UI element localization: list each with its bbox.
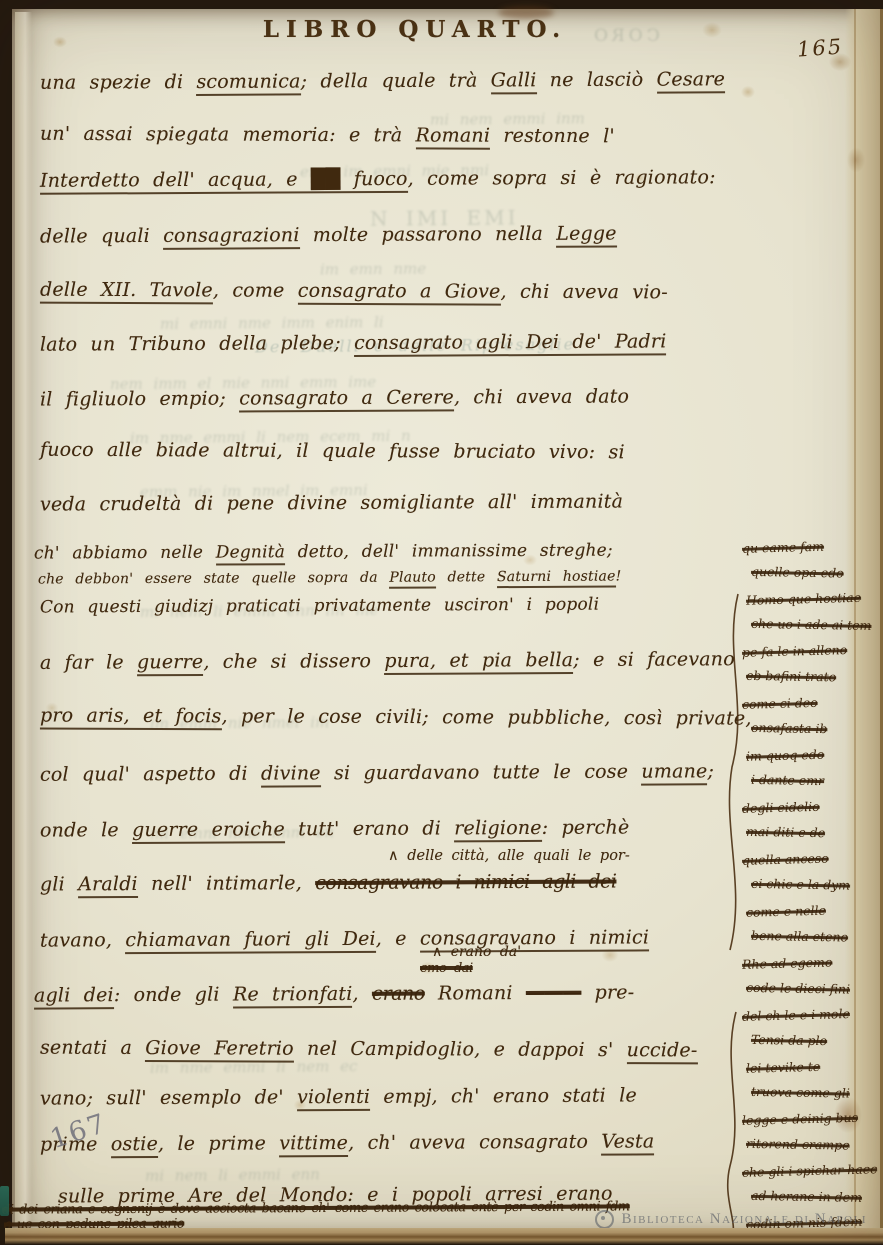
margin-scribble-line: truova come gli (751, 1085, 882, 1101)
bleedthrough-line: mi emni nme imm enim li (160, 313, 384, 333)
margin-scribble-line: come ci deo (742, 694, 882, 712)
manuscript-line: lato un Tribuno della plebe; consagrato … (40, 330, 667, 355)
manuscript-line: fuoco alle biade altrui, il quale fusse … (40, 439, 625, 464)
margin-scribble-line: lei tevike te (746, 1058, 882, 1076)
margin-scribbles: qu eame famquelle opa edoHomo que hostia… (742, 540, 882, 1242)
margin-scribble-line: ad herane in dem (751, 1189, 882, 1205)
margin-scribble-line: del ch le e i mole (742, 1006, 882, 1024)
interlinear-insertion: ∧ delle città, alle quali le por- (388, 848, 630, 864)
margin-scribble-line: qu eame fam (742, 538, 882, 556)
margin-scribble-line: mai diti e de (746, 825, 882, 841)
manuscript-line: veda crudeltà di pene divine somigliante… (40, 490, 623, 515)
library-watermark-label: Biblioteca Nazionale di Napoli (621, 1211, 867, 1228)
page-number: 165 (796, 34, 844, 61)
library-logo-icon (595, 1210, 614, 1229)
margin-scribble-line: pe fa le in alleno (742, 642, 882, 660)
margin-scribble-line: eb bafini trato (746, 669, 882, 685)
manuscript-line: col qual' aspetto di divine si guardavan… (40, 760, 714, 786)
page-title: LIBRO QUARTO. (0, 16, 830, 43)
interlinear-insertion: ∧ erano da' (432, 944, 521, 960)
margin-scribble-line: i dante emr (751, 773, 882, 789)
margin-scribble-line: degli eidelio (742, 798, 882, 816)
manuscript-line: delle XII. Tavole, come consagrato a Gio… (40, 279, 668, 304)
manuscript-photo: COROmi nem emmi inmenm im emni mie nmiN … (0, 0, 883, 1245)
manuscript-line: un' assai spiegata memoria: e trà Romani… (40, 123, 615, 148)
bleedthrough-line: mi nem li emmi enn (145, 1165, 320, 1185)
manuscript-line: gli Araldi nell' intimarle, consagravano… (40, 870, 617, 895)
margin-scribble-line: im quoq edo (746, 746, 882, 764)
binding-gutter (15, 12, 32, 1225)
manuscript-line: onde le guerre eroiche tutt' erano di re… (40, 816, 629, 841)
margin-scribble-line: code le dieci fini (746, 981, 882, 997)
manuscript-line: tavano, chiamavan fuori gli Dei, e consa… (40, 926, 649, 951)
manuscript-line: pro aris, et focis, per le cose civili; … (40, 704, 752, 729)
margin-scribble-line: onsafasta ib (751, 721, 882, 737)
margin-scribble-line: come e nelle (746, 902, 882, 920)
green-ink-mark (0, 1186, 9, 1216)
margin-scribble-line: Rhe ad egemo (742, 954, 882, 972)
manuscript-line: una spezie di scomunica; della quale trà… (40, 68, 725, 94)
manuscript-line: che debbon' essere state quelle sopra da… (38, 568, 621, 587)
bleedthrough-line: im emn nme (320, 260, 426, 279)
margin-scribble-line: Tensi da plo (751, 1033, 882, 1049)
margin-scribble-line: che uo i ade ai tem (751, 617, 882, 633)
margin-scribble-line: bene alla eteno (751, 929, 882, 945)
margin-scribble-line: legge e deinig bus (742, 1110, 882, 1128)
margin-scribble-line: ei chic e la dym (751, 877, 882, 893)
manuscript-line: a far le guerre, che si dissero pura, et… (40, 648, 735, 674)
manuscript-line: ch' abbiamo nelle Degnità detto, dell' i… (34, 540, 613, 563)
manuscript-line: sentati a Giove Feretrio nel Campidoglio… (40, 1037, 698, 1062)
manuscript-line: Interdetto dell' acqua, e ██ fuoco, come… (40, 166, 716, 192)
manuscript-line: delle quali consagrazioni molte passaron… (40, 222, 617, 247)
library-watermark: Biblioteca Nazionale di Napoli (595, 1210, 867, 1229)
manuscript-line: il figliuolo empio; consagrato a Cerere,… (40, 385, 629, 410)
margin-scribble-line: quella anceso (742, 850, 882, 868)
margin-scribble-line: ritorend crampe (746, 1137, 882, 1153)
margin-scribble-line: che gli i spichar haec (742, 1162, 882, 1180)
margin-scribble-line: Homo que hostiae (746, 590, 882, 608)
interlinear-insertion-struck: emo dai (420, 961, 473, 976)
manuscript-line: vano; sull' esemplo de' violenti empj, c… (40, 1084, 637, 1109)
manuscript-line: Con questi giudizj praticati privatament… (40, 595, 599, 618)
manuscript-line: prime ostie, le prime vittime, ch' aveva… (40, 1130, 654, 1155)
manuscript-line: agli dei: onde gli Re trionfati, erano R… (34, 981, 634, 1006)
margin-scribble-line: quelle opa edo (751, 565, 882, 581)
page-bottom-edge (5, 1228, 883, 1245)
